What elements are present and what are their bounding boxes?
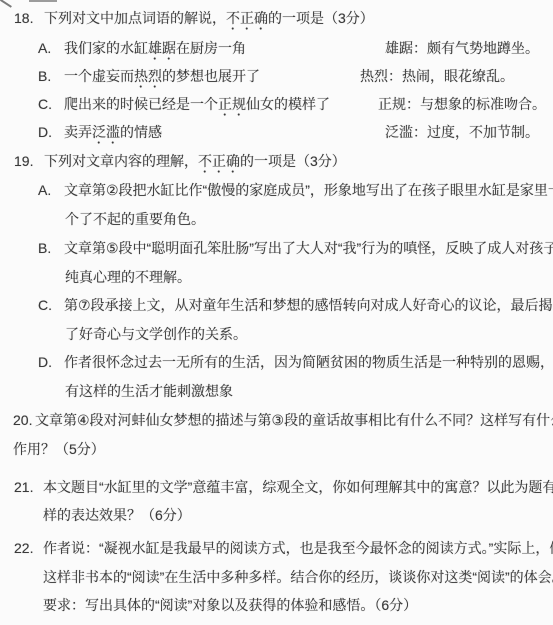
option-label: A. [38,180,64,200]
emphasized-word: 正规 [218,96,246,112]
question-text: 的一项是（3分） [240,153,346,169]
emphasized-word: 不正确 [198,153,240,169]
question-18-option-d: D.卖弄泛滥的情感 泛滥：过度，不加节制。 [0,122,553,147]
exam-paper-page: 18.下列对文中加点词语的解说，不正确的一项是（3分） A.我们家的水缸雄踞在厨… [0,0,553,625]
option-text: 爬出来的时候已经是一个 [64,96,218,112]
definition-text: 雄踞：颇有气势地蹲坐。 [385,38,539,58]
option-text: 作者很怀念过去一无所有的生活，因为简陋贫困的物质生活是一种特别的恩赐，只 [64,354,553,370]
definition-text: 正规：与想象的标准吻合。 [378,94,546,114]
question-text: 作用？（5分） [13,441,105,457]
question-20-line2: 作用？（5分） [0,439,553,459]
question-text: 下列对文章内容的理解， [44,153,198,169]
question-19-option-d-line1: D.作者很怀念过去一无所有的生活，因为简陋贫困的物质生活是一种特别的恩赐，只 [0,352,553,372]
option-text: 有这样的生活才能刺激想象 [65,383,233,399]
question-text: 文章第④段对河蚌仙女梦想的描述与第③段的童话故事相比有什么不同？这样写有什么 [35,412,553,428]
scan-artifact [0,0,12,8]
question-21-line1: 21.本文题目“水缸里的文学”意蕴丰富，综观全文，你如何理解其中的寓意？以此为题… [0,477,553,497]
question-19-option-c-line1: C.第⑦段承接上文，从对童年生活和梦想的感悟转向对成人好奇心的议论，最后揭示 [0,295,553,315]
question-21-line2: 样的表达效果？（6分） [0,505,553,525]
question-text: 样的表达效果？（6分） [43,507,191,523]
option-text: 纯真心理的不理解。 [65,269,191,285]
option-label: B. [38,66,64,86]
option-label: C. [38,295,64,315]
question-19-option-c-line2: 了好奇心与文学创作的关系。 [0,324,553,344]
option-text: 的梦想也展开了 [162,68,260,84]
emphasized-word: 雄踞 [148,40,176,56]
question-19-option-a-line2: 个了不起的重要角色。 [0,209,553,229]
emphasized-word: 泛滥 [92,124,120,140]
definition-text: 泛滥：过度，不加节制。 [385,122,539,142]
question-19-option-a-line1: A.文章第②段把水缸比作“傲慢的家庭成员”，形象地写出了在孩子眼里水缸是家里一 [0,180,553,200]
option-text: 第⑦段承接上文，从对童年生活和梦想的感悟转向对成人好奇心的议论，最后揭示 [64,297,553,313]
option-text: 一个虚妄而 [64,68,134,84]
question-text: 下列对文中加点词语的解说， [44,10,226,26]
question-18-option-b: B.一个虚妄而热烈的梦想也展开了 热烈：热闹，眼花缭乱。 [0,66,553,91]
option-text: 仙女的模样了 [246,96,330,112]
question-19-title: 19.下列对文章内容的理解，不正确的一项是（3分） [0,151,553,176]
option-text: 个了不起的重要角色。 [65,211,205,227]
question-number: 21. [14,477,43,497]
option-label: C. [38,94,64,114]
question-number: 19. [14,151,44,171]
definition-text: 热烈：热闹，眼花缭乱。 [360,66,514,86]
question-number: 20. [13,410,35,430]
option-text: 的情感 [120,124,162,140]
question-22-line3: 要求：写出具体的“阅读”对象以及获得的体验和感悟。（6分） [0,595,553,615]
emphasized-word: 不正确 [226,10,268,26]
question-18-option-a: A.我们家的水缸雄踞在厨房一角 雄踞：颇有气势地蹲坐。 [0,38,553,63]
question-18-title: 18.下列对文中加点词语的解说，不正确的一项是（3分） [0,8,553,33]
question-number: 22. [14,538,43,558]
question-20-line1: 20.文章第④段对河蚌仙女梦想的描述与第③段的童话故事相比有什么不同？这样写有什… [0,410,553,430]
question-text: 本文题目“水缸里的文学”意蕴丰富，综观全文，你如何理解其中的寓意？以此为题有怎 [43,479,553,495]
question-22-line1: 22.作者说：“凝视水缸是我最早的阅读方式，也是我至今最怀念的阅读方式。”实际上… [0,538,553,558]
option-text: 我们家的水缸 [64,40,148,56]
option-label: D. [38,122,64,142]
question-text: 这样非书本的“阅读”在生活中多种多样。结合你的经历，谈谈你对这类“阅读”的体会。 [43,569,553,585]
option-text: 文章第⑤段中“聪明面孔笨肚肠”写出了大人对“我”行为的嗔怪，反映了成人对孩子 [64,240,553,256]
option-text: 了好奇心与文学创作的关系。 [65,326,247,342]
scan-artifact [29,0,57,2]
question-text: 的一项是（3分） [268,10,374,26]
question-18-option-c: C.爬出来的时候已经是一个正规仙女的模样了 正规：与想象的标准吻合。 [0,94,553,119]
question-text: 要求：写出具体的“阅读”对象以及获得的体验和感悟。（6分） [43,597,417,613]
option-text: 卖弄 [64,124,92,140]
option-label: A. [38,38,64,58]
emphasized-word: 热烈 [134,68,162,84]
question-19-option-d-line2: 有这样的生活才能刺激想象 [0,381,553,401]
option-text: 文章第②段把水缸比作“傲慢的家庭成员”，形象地写出了在孩子眼里水缸是家里一 [64,182,553,198]
question-text: 作者说：“凝视水缸是我最早的阅读方式，也是我至今最怀念的阅读方式。”实际上，像 [43,540,553,556]
option-text: 在厨房一角 [176,40,246,56]
question-19-option-b-line1: B.文章第⑤段中“聪明面孔笨肚肠”写出了大人对“我”行为的嗔怪，反映了成人对孩子 [0,238,553,258]
question-19-option-b-line2: 纯真心理的不理解。 [0,267,553,287]
option-label: D. [38,352,64,372]
question-22-line2: 这样非书本的“阅读”在生活中多种多样。结合你的经历，谈谈你对这类“阅读”的体会。 [0,567,553,587]
question-number: 18. [14,8,44,28]
option-label: B. [38,238,64,258]
